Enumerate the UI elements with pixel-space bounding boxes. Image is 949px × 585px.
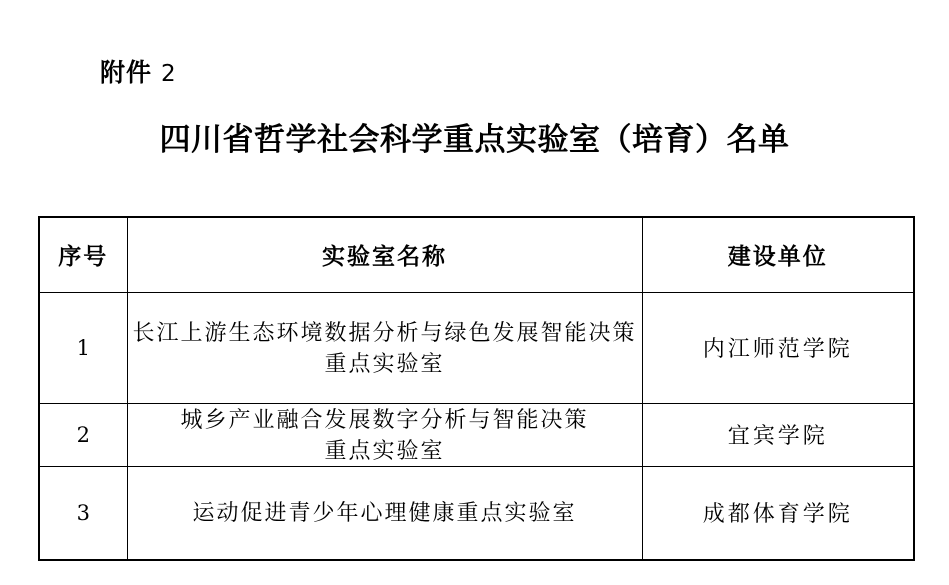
lab-name-cell: 城乡产业融合发展数字分析与智能决策 重点实验室	[127, 403, 642, 466]
table-row: 1 长江上游生态环境数据分析与绿色发展智能决策 重点实验室 内江师范学院	[39, 292, 914, 403]
attachment-heading: 附件2	[100, 53, 177, 89]
header-cell-lab-name: 实验室名称	[127, 217, 642, 292]
lab-name-line1: 城乡产业融合发展数字分析与智能决策	[128, 404, 642, 435]
header-cell-org: 建设单位	[642, 217, 914, 292]
table-row: 2 城乡产业融合发展数字分析与智能决策 重点实验室 宜宾学院	[39, 403, 914, 466]
lab-name-line1: 运动促进青少年心理健康重点实验室	[128, 497, 642, 528]
lab-name-line2: 重点实验室	[128, 435, 642, 466]
table-header-row: 序号 实验室名称 建设单位	[39, 217, 914, 292]
row-number: 3	[39, 466, 127, 560]
attachment-number: 2	[161, 61, 177, 87]
header-cell-no: 序号	[39, 217, 127, 292]
row-number: 1	[39, 292, 127, 403]
attachment-label: 附件	[100, 59, 152, 87]
org-name-cell: 内江师范学院	[642, 292, 914, 403]
lab-name-line1: 长江上游生态环境数据分析与绿色发展智能决策	[128, 317, 642, 348]
labs-table: 序号 实验室名称 建设单位 1 长江上游生态环境数据分析与绿色发展智能决策 重点…	[38, 216, 915, 561]
lab-name-line2: 重点实验室	[128, 348, 642, 379]
row-number: 2	[39, 403, 127, 466]
lab-name-cell: 长江上游生态环境数据分析与绿色发展智能决策 重点实验室	[127, 292, 642, 403]
org-name-cell: 成都体育学院	[642, 466, 914, 560]
page-title: 四川省哲学社会科学重点实验室（培育）名单	[0, 114, 949, 159]
org-name-cell: 宜宾学院	[642, 403, 914, 466]
table-row: 3 运动促进青少年心理健康重点实验室 成都体育学院	[39, 466, 914, 560]
lab-name-cell: 运动促进青少年心理健康重点实验室	[127, 466, 642, 560]
